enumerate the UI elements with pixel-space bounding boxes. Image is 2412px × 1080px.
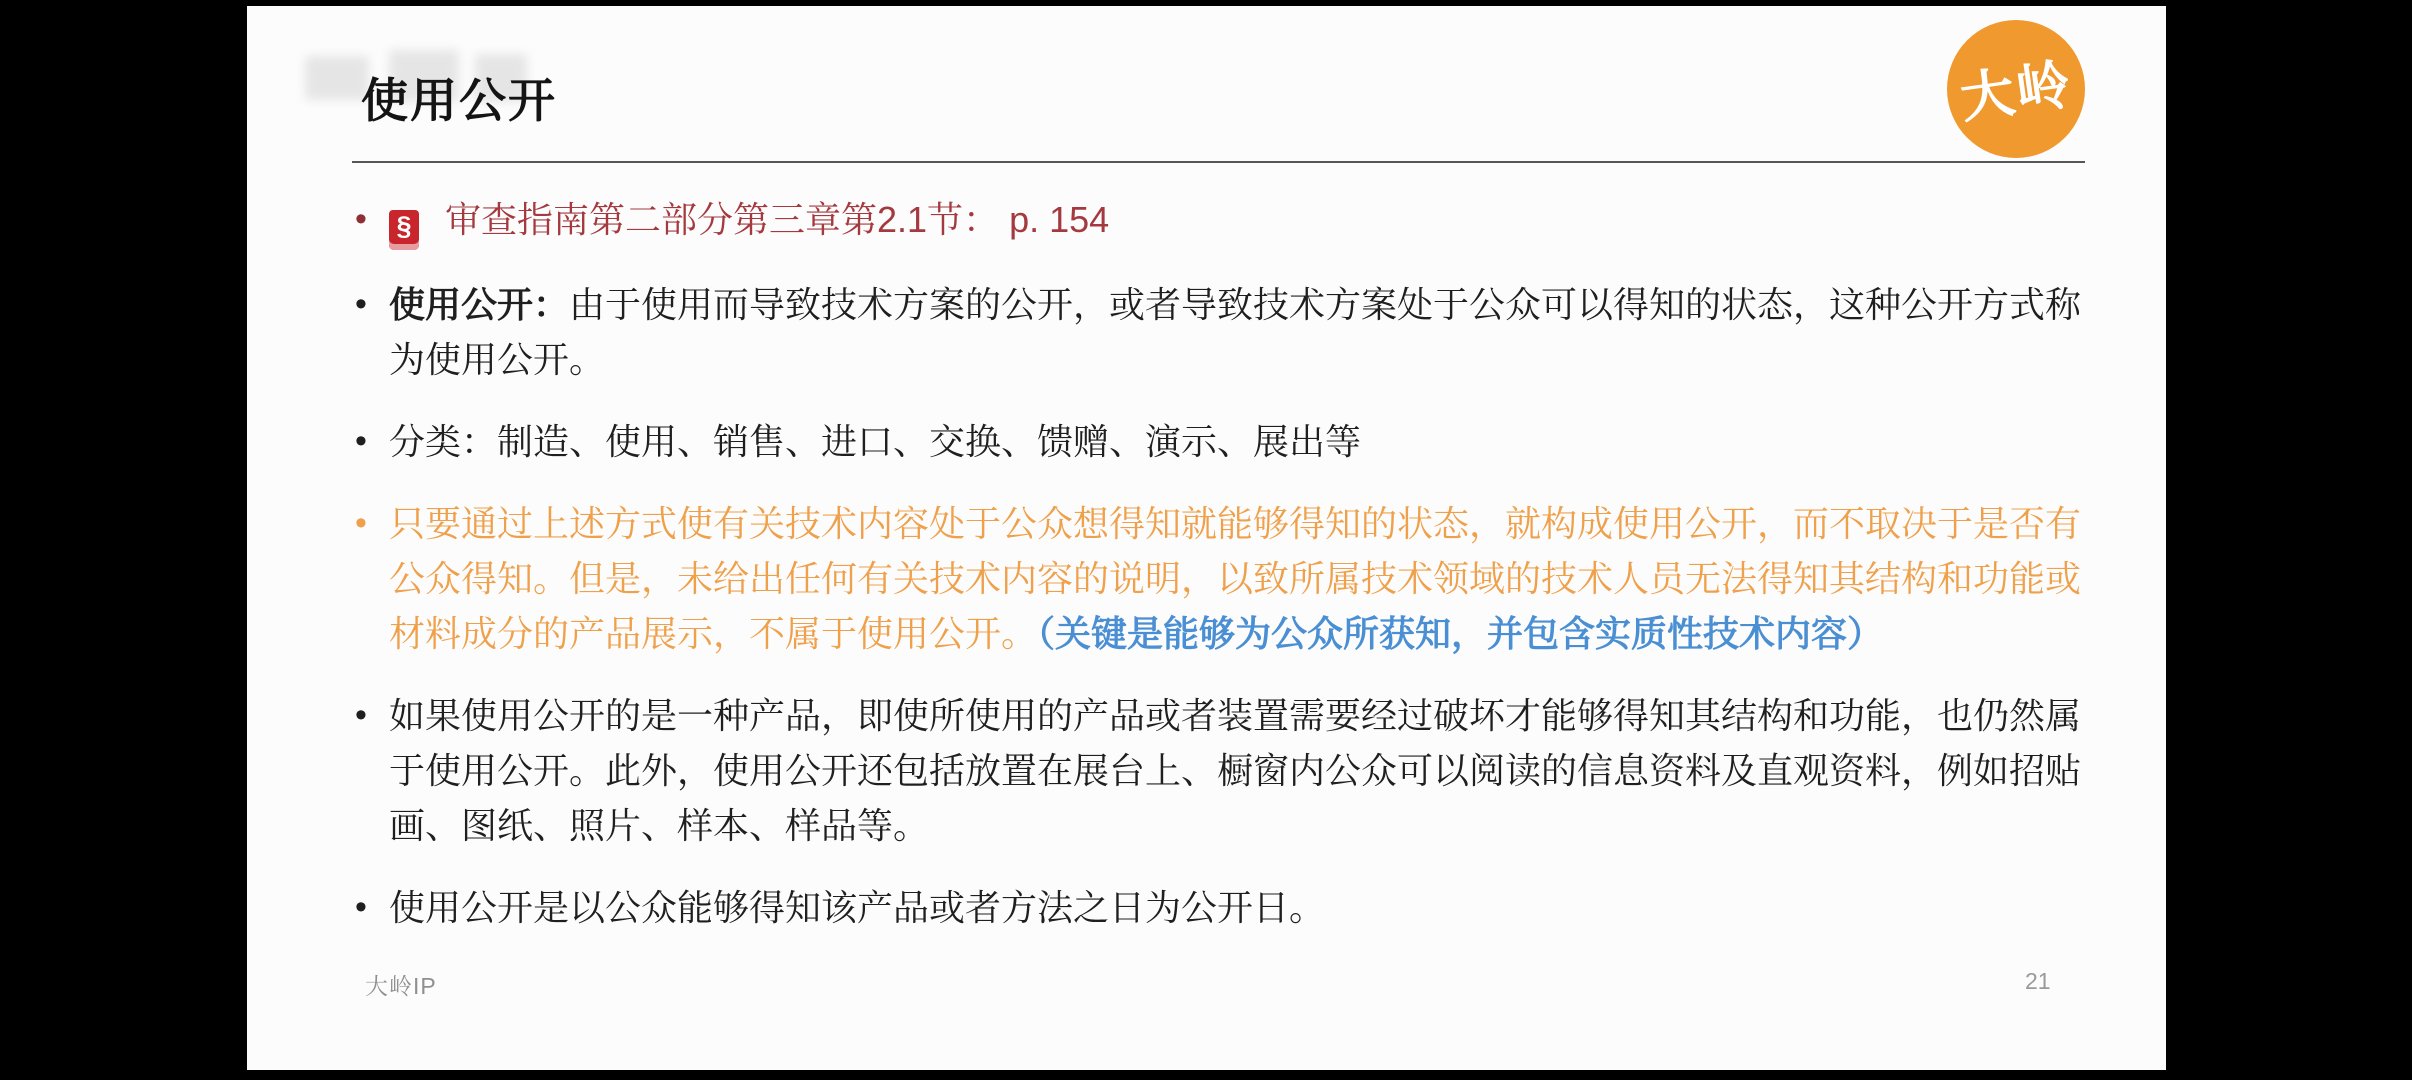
page-number: 21 — [2025, 968, 2051, 995]
bullet-reference: 审查指南第二部分第三章第2.1节： p. 154 — [353, 192, 2095, 250]
daling-logo: 大岭 — [1947, 20, 2085, 158]
product-case-text: 如果使用公开的是一种产品，即使所使用的产品或者装置需要经过破坏才能够得知其结构和… — [389, 695, 2081, 846]
section-book-icon — [389, 210, 419, 250]
presentation-slide: 使用公开 大岭 审查指南第二部分第三章第2.1节： p. 154 使用公开：由于… — [247, 6, 2166, 1070]
highlight-blue-note: （关键是能够为公众所获知，并包含实质性技术内容） — [1037, 613, 1883, 654]
bullet-disclosure-date: 使用公开是以公众能够得知该产品或者方法之日为公开日。 — [353, 880, 2095, 935]
definition-text: 由于使用而导致技术方案的公开，或者导致技术方案处于公众可以得知的状态，这种公开方… — [389, 284, 2081, 380]
bullet-highlight: 只要通过上述方式使有关技术内容处于公众想得知就能够得知的状态，就构成使用公开，而… — [353, 496, 2095, 661]
daling-logo-text: 大岭 — [1955, 41, 2077, 133]
categories-text: 分类：制造、使用、销售、进口、交换、馈赠、演示、展出等 — [389, 421, 1361, 462]
letterbox-background: 使用公开 大岭 审查指南第二部分第三章第2.1节： p. 154 使用公开：由于… — [0, 0, 2412, 1080]
definition-term: 使用公开： — [389, 284, 569, 325]
slide-body: 审查指南第二部分第三章第2.1节： p. 154 使用公开：由于使用而导致技术方… — [353, 192, 2095, 962]
bullet-categories: 分类：制造、使用、销售、进口、交换、馈赠、演示、展出等 — [353, 414, 2095, 469]
bullet-definition: 使用公开：由于使用而导致技术方案的公开，或者导致技术方案处于公众可以得知的状态，… — [353, 277, 2095, 387]
disclosure-date-text: 使用公开是以公众能够得知该产品或者方法之日为公开日。 — [389, 887, 1325, 928]
footer-brand: 大岭IP — [365, 968, 437, 1001]
bullet-product-case: 如果使用公开的是一种产品，即使所使用的产品或者装置需要经过破坏才能够得知其结构和… — [353, 688, 2095, 853]
title-underline — [352, 161, 2085, 163]
reference-text: 审查指南第二部分第三章第2.1节： p. 154 — [445, 199, 1109, 240]
slide-title: 使用公开 — [361, 64, 557, 131]
